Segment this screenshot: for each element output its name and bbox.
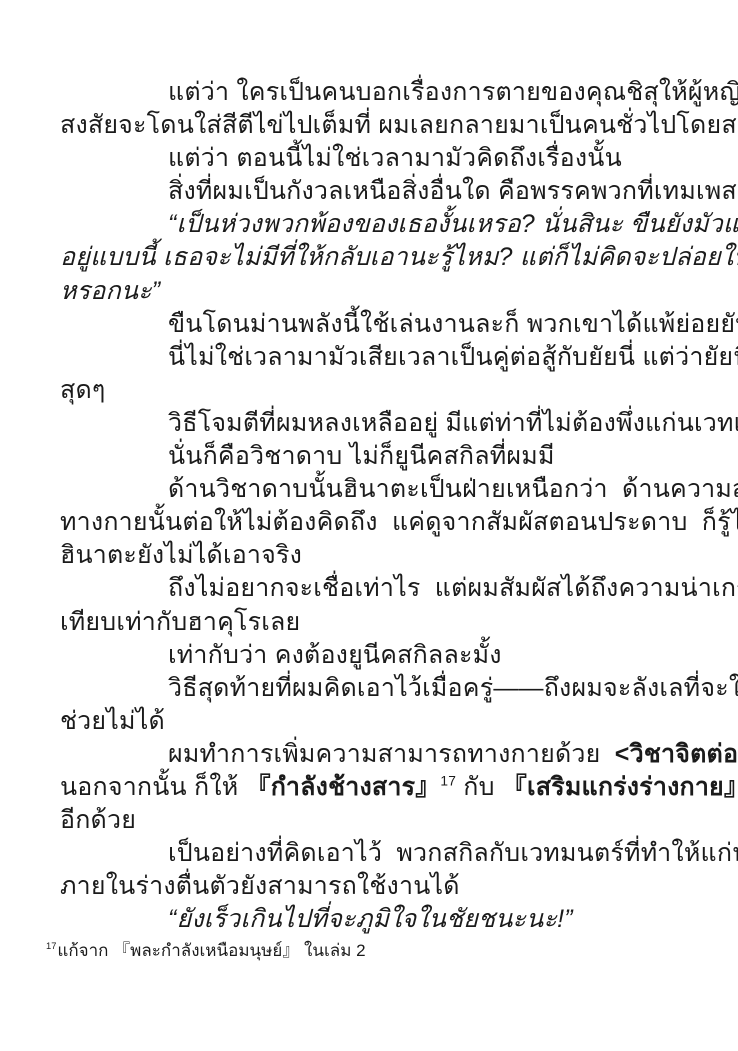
- text-line: วิธีสุดท้ายที่ผมคิดเอาไว้เมื่อครู่——ถึงผ…: [60, 672, 682, 705]
- book-page: แต่ว่า ใครเป็นคนบอกเรื่องการตายของคุณชิส…: [0, 0, 738, 1051]
- text-line: แต่ว่า ตอนนี้ไม่ใช่เวลามามัวคิดถึงเรื่อง…: [60, 142, 682, 175]
- text-line: ผมทำการเพิ่มความสามารถทางกายด้วย <วิชาจิ…: [60, 738, 682, 771]
- text-line: เทียบเท่ากับฮาคุโรเลย: [60, 606, 682, 639]
- text-line: ถึงไม่อยากจะเชื่อเท่าไร แต่ผมสัมผัสได้ถึ…: [60, 572, 682, 605]
- text-line: อยู่แบบนี้ เธอจะไม่มีที่ให้กลับเอานะรู้ไ…: [60, 241, 682, 274]
- text-line: ขืนโดนม่านพลังนี้ใช้เล่นงานละก็ พวกเขาได…: [60, 308, 682, 341]
- text-line: ฮินาตะยังไม่ได้เอาจริง: [60, 539, 682, 572]
- text-line: ช่วยไม่ได้: [60, 705, 682, 738]
- text-line: ภายในร่างตื่นตัวยังสามารถใช้งานได้: [60, 870, 682, 903]
- footnote-text: แก้จาก 『พละกำลังเหนือมนุษย์』 ในเล่ม 2: [57, 941, 365, 960]
- text-line: สงสัยจะโดนใส่สีตีไข่ไปเต็มที่ ผมเลยกลายม…: [60, 109, 682, 142]
- text-line: นอกจากนั้น ก็ให้ 『กำลังช้างสาร』17 กับ 『เ…: [60, 771, 682, 804]
- text-line: “เป็นห่วงพวกพ้องของเธองั้นเหรอ? นั่นสินะ…: [60, 208, 682, 241]
- text-line: เท่ากับว่า คงต้องยูนีคสกิลละมั้ง: [60, 639, 682, 672]
- footnote: 17แก้จาก 『พละกำลังเหนือมนุษย์』 ในเล่ม 2: [46, 936, 366, 964]
- text-line: นั่นก็คือวิชาดาบ ไม่ก็ยูนีคสกิลที่ผมมี: [60, 440, 682, 473]
- text-line: อีกด้วย: [60, 804, 682, 837]
- text-line: เป็นอย่างที่คิดเอาไว้ พวกสกิลกับเวทมนตร์…: [60, 837, 682, 870]
- text-line: นี่ไม่ใช่เวลามามัวเสียเวลาเป็นคู่ต่อสู้ก…: [60, 341, 682, 374]
- footnote-marker: 17: [46, 941, 56, 951]
- text-line: “ยังเร็วเกินไปที่จะภูมิใจในชัยชนะนะ!”: [60, 903, 682, 936]
- text-line: ทางกายนั้นต่อให้ไม่ต้องคิดถึง แค่ดูจากสั…: [60, 506, 682, 539]
- text-line: วิธีโจมตีที่ผมหลงเหลืออยู่ มีแต่ท่าที่ไม…: [60, 407, 682, 440]
- text-line: สุดๆ: [60, 374, 682, 407]
- text-line: ด้านวิชาดาบนั้นฮินาตะเป็นฝ่ายเหนือกว่า ด…: [60, 473, 682, 506]
- body-text: แต่ว่า ใครเป็นคนบอกเรื่องการตายของคุณชิส…: [60, 76, 682, 936]
- text-line: หรอกนะ”: [60, 275, 682, 308]
- text-line: แต่ว่า ใครเป็นคนบอกเรื่องการตายของคุณชิส…: [60, 76, 682, 109]
- text-line: สิ่งที่ผมเป็นกังวลเหนือสิ่งอื่นใด คือพรร…: [60, 175, 682, 208]
